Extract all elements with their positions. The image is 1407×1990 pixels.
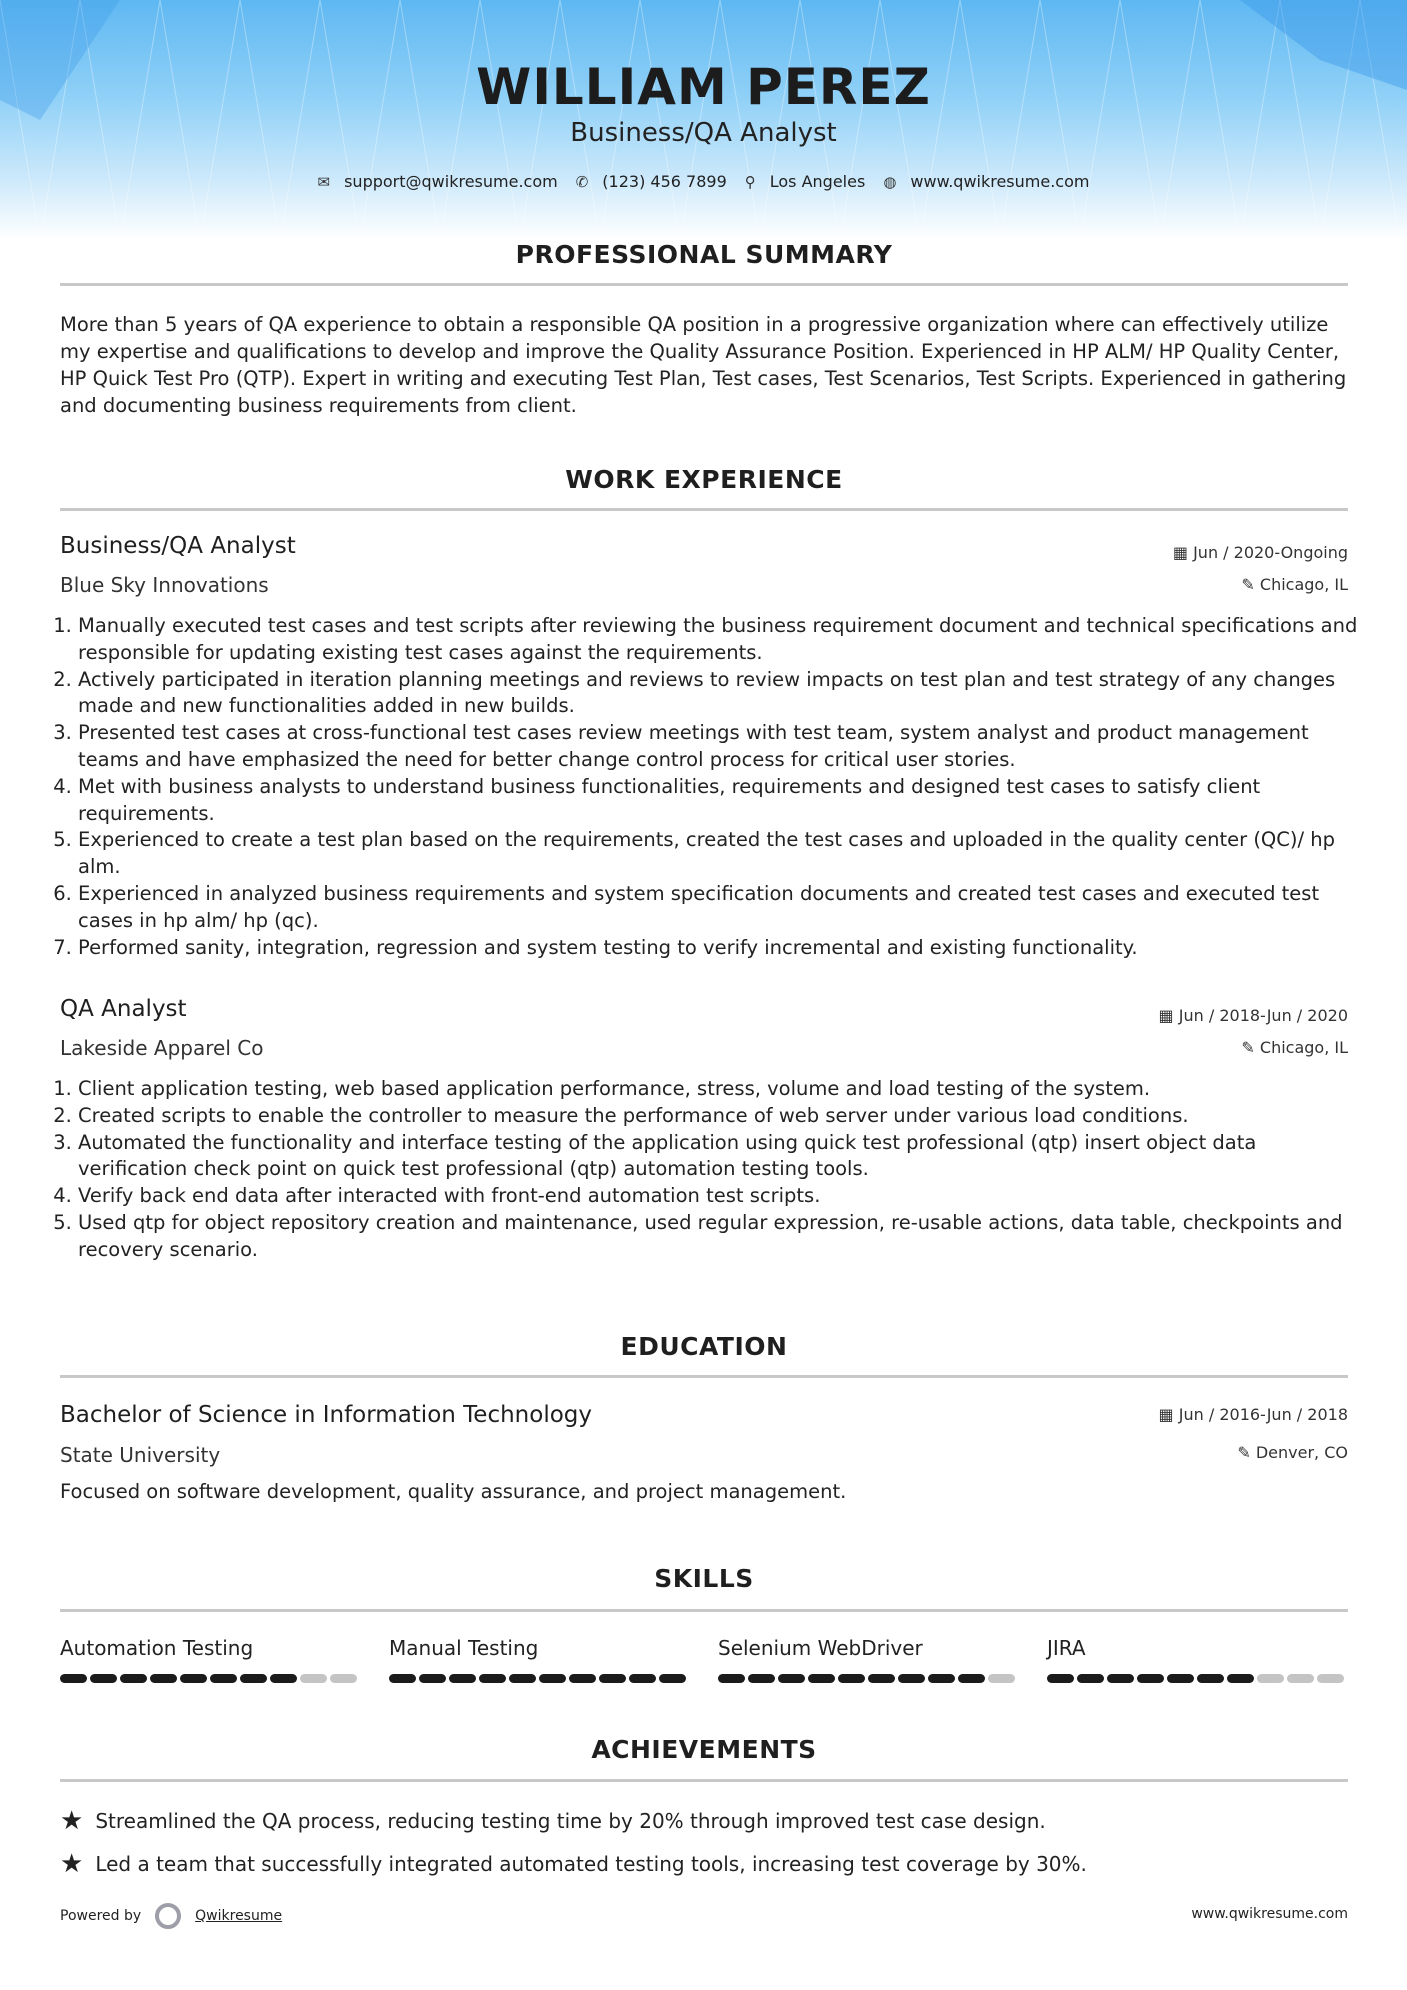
rating-dot: [509, 1674, 536, 1683]
rating-dot: [1227, 1674, 1254, 1683]
job-bullet: Manually executed test cases and test sc…: [78, 613, 1368, 667]
job-bullets: Client application testing, web based ap…: [60, 1076, 1368, 1264]
rating-dot: [1047, 1674, 1074, 1683]
envelope-icon: ✉: [318, 173, 331, 191]
rating-dot: [1257, 1674, 1284, 1683]
skill-name: Manual Testing: [389, 1636, 689, 1660]
rating-dot: [150, 1674, 177, 1683]
skill-rating: [60, 1674, 360, 1683]
calendar-icon: ▦: [1173, 543, 1188, 562]
education-heading: EDUCATION: [60, 1332, 1348, 1361]
skill-rating: [389, 1674, 689, 1683]
job-bullet: Performed sanity, integration, regressio…: [78, 935, 1368, 962]
pushpin-icon: ✎: [1237, 1443, 1250, 1462]
experience-heading: WORK EXPERIENCE: [60, 465, 1348, 494]
rating-dot: [838, 1674, 865, 1683]
rating-dot: [748, 1674, 775, 1683]
skill-rating: [718, 1674, 1018, 1683]
job-bullet: Used qtp for object repository creation …: [78, 1210, 1368, 1264]
skill-name: JIRA: [1047, 1636, 1347, 1660]
achievements-heading: ACHIEVEMENTS: [60, 1735, 1348, 1764]
rating-dot: [60, 1674, 87, 1683]
qwikresume-logo-icon: [155, 1903, 181, 1929]
job-bullet: Presented test cases at cross-functional…: [78, 720, 1368, 774]
rating-dot: [1137, 1674, 1164, 1683]
divider: [60, 1375, 1348, 1378]
rating-dot: [599, 1674, 626, 1683]
calendar-icon: ▦: [1159, 1405, 1174, 1424]
shooting-star-icon: ★: [60, 1806, 83, 1836]
job-title: QA Analyst: [60, 996, 187, 1022]
calendar-icon: ▦: [1159, 1006, 1174, 1025]
skill-rating: [1047, 1674, 1347, 1683]
rating-dot: [90, 1674, 117, 1683]
summary-text: More than 5 years of QA experience to ob…: [60, 311, 1350, 419]
job-location: ✎ Chicago, IL: [1241, 1038, 1348, 1057]
divider: [60, 283, 1348, 286]
rating-dot: [778, 1674, 805, 1683]
job-company: Lakeside Apparel Co: [60, 1036, 263, 1060]
contact-item: ◍www.qwikresume.com: [883, 172, 1089, 191]
divider: [60, 508, 1348, 511]
rating-dot: [419, 1674, 446, 1683]
divider: [60, 1609, 1348, 1612]
education-location: ✎ Denver, CO: [1237, 1443, 1348, 1462]
shooting-star-icon: ★: [60, 1849, 83, 1879]
rating-dot: [898, 1674, 925, 1683]
powered-by-label: Powered by: [60, 1908, 141, 1924]
rating-dot: [180, 1674, 207, 1683]
contact-item: ⚲Los Angeles: [745, 172, 866, 191]
contact-text: Los Angeles: [770, 172, 866, 191]
education-description: Focused on software development, quality…: [60, 1478, 1350, 1505]
rating-dot: [300, 1674, 327, 1683]
rating-dot: [1197, 1674, 1224, 1683]
rating-dot: [718, 1674, 745, 1683]
candidate-name: WILLIAM PEREZ: [0, 58, 1407, 116]
skill-item: Selenium WebDriver: [718, 1636, 1018, 1683]
phone-icon: ✆: [576, 173, 589, 191]
rating-dot: [659, 1674, 686, 1683]
divider: [60, 1779, 1348, 1782]
skill-item: Automation Testing: [60, 1636, 360, 1683]
globe-icon: ◍: [883, 173, 896, 191]
skill-item: Manual Testing: [389, 1636, 689, 1683]
rating-dot: [868, 1674, 895, 1683]
job-bullet: Experienced to create a test plan based …: [78, 827, 1368, 881]
contact-text: www.qwikresume.com: [910, 172, 1089, 191]
job-bullet: Actively participated in iteration plann…: [78, 667, 1368, 721]
skills-heading: SKILLS: [60, 1564, 1348, 1593]
rating-dot: [389, 1674, 416, 1683]
job-dates: ▦ Jun / 2018-Jun / 2020: [1159, 1006, 1348, 1025]
job-bullets: Manually executed test cases and test sc…: [60, 613, 1368, 961]
skill-name: Automation Testing: [60, 1636, 360, 1660]
contact-item: ✉support@qwikresume.com: [318, 172, 558, 191]
contact-text: support@qwikresume.com: [344, 172, 558, 191]
rating-dot: [1077, 1674, 1104, 1683]
degree: Bachelor of Science in Information Techn…: [60, 1402, 592, 1428]
rating-dot: [210, 1674, 237, 1683]
education-dates: ▦ Jun / 2016-Jun / 2018: [1159, 1405, 1348, 1424]
achievement-text: Streamlined the QA process, reducing tes…: [95, 1809, 1045, 1833]
rating-dot: [958, 1674, 985, 1683]
rating-dot: [569, 1674, 596, 1683]
rating-dot: [539, 1674, 566, 1683]
rating-dot: [1317, 1674, 1344, 1683]
job-bullet: Experienced in analyzed business require…: [78, 881, 1368, 935]
job-location: ✎ Chicago, IL: [1241, 575, 1348, 594]
summary-heading: PROFESSIONAL SUMMARY: [60, 240, 1348, 269]
skill-item: JIRA: [1047, 1636, 1347, 1683]
map-pin-icon: ⚲: [745, 173, 756, 191]
rating-dot: [1287, 1674, 1314, 1683]
rating-dot: [928, 1674, 955, 1683]
job-dates: ▦ Jun / 2020-Ongoing: [1173, 543, 1348, 562]
powered-by: Powered by Qwikresume: [60, 1903, 282, 1929]
rating-dot: [270, 1674, 297, 1683]
rating-dot: [629, 1674, 656, 1683]
job-bullet: Automated the functionality and interfac…: [78, 1130, 1368, 1184]
rating-dot: [479, 1674, 506, 1683]
job-bullet: Met with business analysts to understand…: [78, 774, 1368, 828]
contact-bar: ✉support@qwikresume.com✆(123) 456 7899⚲L…: [0, 172, 1407, 191]
achievement-item: ★Streamlined the QA process, reducing te…: [60, 1806, 1046, 1836]
rating-dot: [1107, 1674, 1134, 1683]
rating-dot: [988, 1674, 1015, 1683]
contact-item: ✆(123) 456 7899: [576, 172, 727, 191]
job-bullet: Client application testing, web based ap…: [78, 1076, 1368, 1103]
rating-dot: [1167, 1674, 1194, 1683]
pushpin-icon: ✎: [1241, 575, 1254, 594]
achievement-text: Led a team that successfully integrated …: [95, 1852, 1087, 1876]
skill-name: Selenium WebDriver: [718, 1636, 1018, 1660]
job-bullet: Verify back end data after interacted wi…: [78, 1183, 1368, 1210]
contact-text: (123) 456 7899: [602, 172, 726, 191]
school: State University: [60, 1443, 220, 1467]
rating-dot: [240, 1674, 267, 1683]
pushpin-icon: ✎: [1241, 1038, 1254, 1057]
achievement-item: ★Led a team that successfully integrated…: [60, 1849, 1087, 1879]
rating-dot: [808, 1674, 835, 1683]
rating-dot: [120, 1674, 147, 1683]
qwikresume-link[interactable]: Qwikresume: [195, 1908, 282, 1924]
footer-url[interactable]: www.qwikresume.com: [1191, 1906, 1348, 1922]
rating-dot: [449, 1674, 476, 1683]
job-bullet: Created scripts to enable the controller…: [78, 1103, 1368, 1130]
candidate-role: Business/QA Analyst: [0, 118, 1407, 148]
job-company: Blue Sky Innovations: [60, 573, 269, 597]
rating-dot: [330, 1674, 357, 1683]
job-title: Business/QA Analyst: [60, 533, 296, 559]
